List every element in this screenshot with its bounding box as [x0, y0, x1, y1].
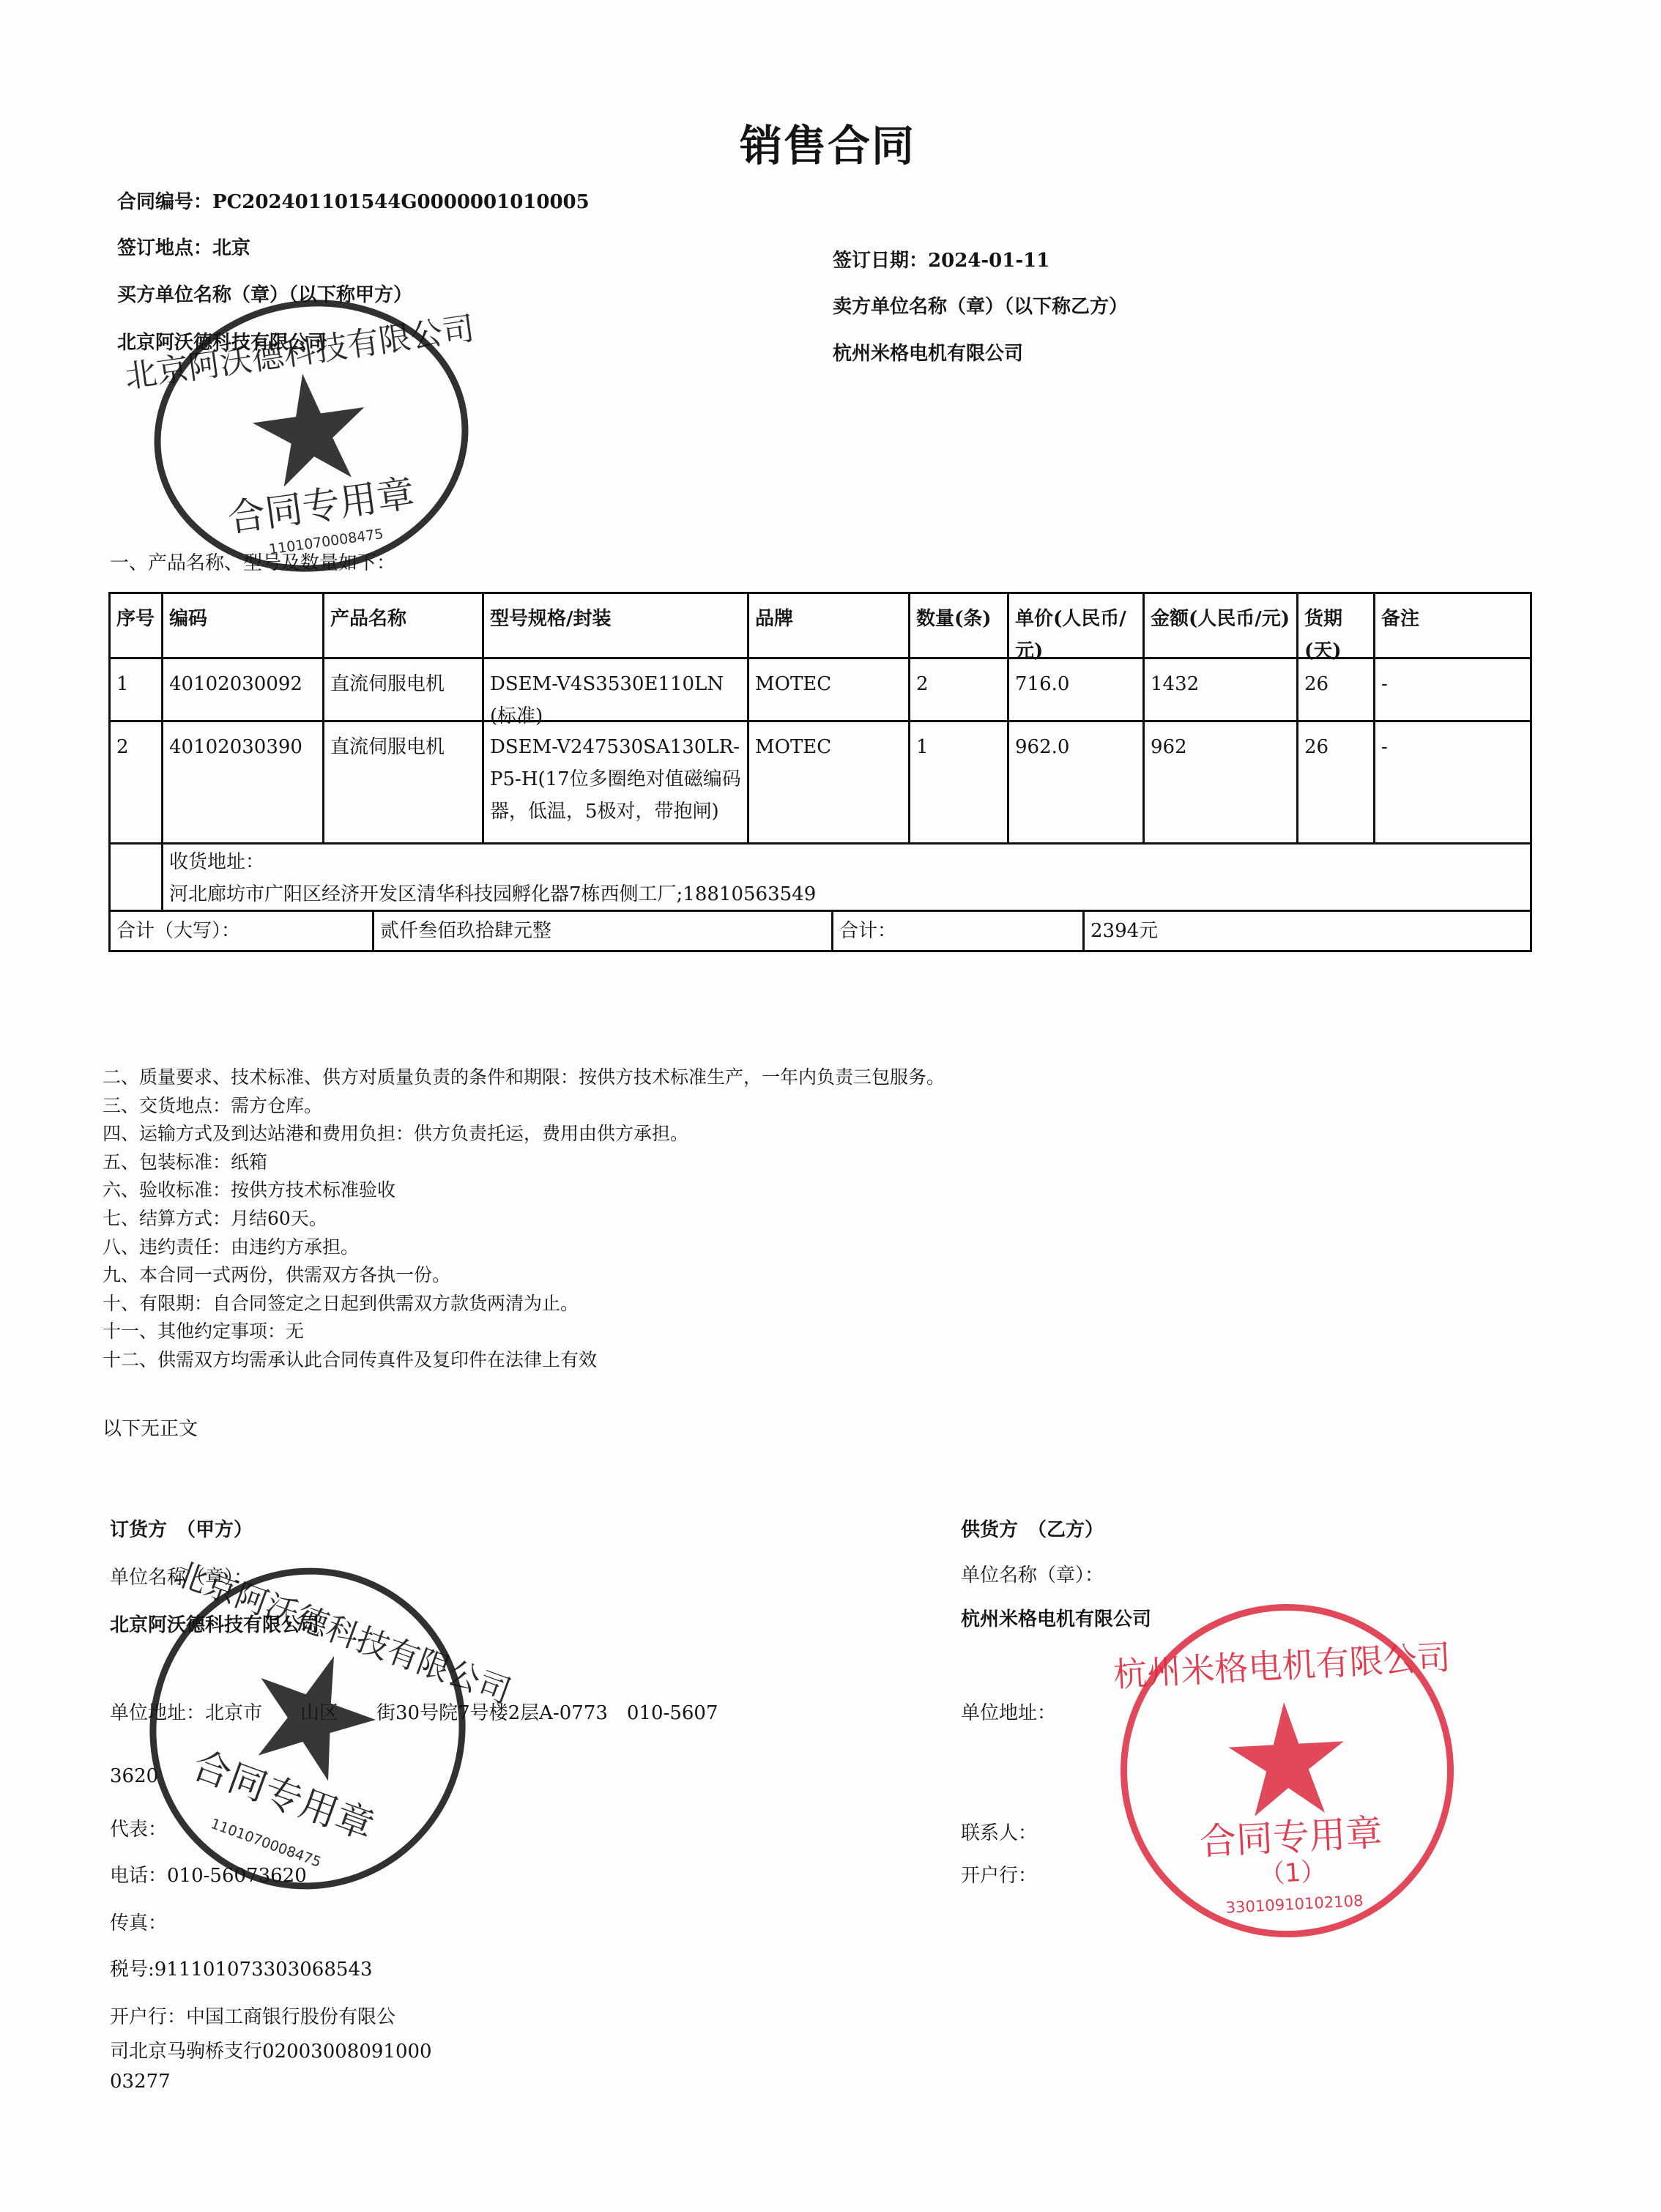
party-a-name-label: 单位名称（章）： [110, 1562, 253, 1589]
party-a-address-cont: 3620 [110, 1765, 158, 1787]
header-model: 型号规格/封装 [484, 594, 749, 657]
header-code: 编码 [163, 594, 324, 657]
contract-number-value: PC202401101544G0000001010005 [212, 191, 590, 213]
clauses-list: 二、质量要求、技术标准、供方对质量负责的条件和期限：按供方技术标准生产，一年内负… [103, 1064, 945, 1375]
buyer-name: 北京阿沃德科技有限公司 [117, 327, 327, 355]
cell-remarks: - [1375, 659, 1530, 720]
party-a-tax-value: 91110107330306854​3 [155, 1959, 373, 1981]
party-a-tax: 税号:91110107330306854​3 [110, 1954, 373, 1981]
document-title: 销售合同 [740, 111, 915, 173]
svg-text:合同专用章: 合同专用章 [225, 472, 417, 541]
clause-5: 五、包装标准：纸箱 [103, 1148, 945, 1177]
party-b-name: 杭州米格电机有限公司 [961, 1604, 1151, 1631]
cell-model: DSEM-V4S3530E110LN(标准) [484, 659, 749, 720]
seller-company-seal: 合同专用章 （1） 杭州米格电机有限公司 3301091010210​8 [1112, 1595, 1462, 1945]
party-a-tax-label: 税号: [110, 1959, 155, 1981]
cell-amount: 1432 [1145, 659, 1298, 720]
table-header-row: 序号 编码 产品名称 型号规格/封装 品牌 数量(条) 单价(人民币/元) 金额… [111, 594, 1530, 659]
table-row: 2 40102030390 直流伺服电机 DSEM-V247530SA130LR… [111, 722, 1530, 845]
totals-row: 合计（大写）： 贰仟叁佰玖拾肆元整 合计： 2394元 [111, 912, 1530, 950]
seller-label: 卖方单位名称（章）（以下称乙方） [833, 292, 1128, 319]
cell-remarks: - [1375, 722, 1530, 842]
party-a-phone-label: 电话： [110, 1865, 167, 1887]
party-a-address: 单位地址：北京市 山区 街30号院7号楼2层A-0773 010-5607 [110, 1698, 718, 1725]
delivery-address-cell: 收货地址： 河北廊坊市广阳区经济开发区清华科技园孵化器7栋西侧工厂;188105… [163, 845, 1530, 910]
clause-7: 七、结算方式：月结60天。 [103, 1205, 945, 1233]
cell-product-name: 直流伺服电机 [324, 722, 484, 842]
clause-8: 八、违约责任：由违约方承担。 [103, 1233, 945, 1262]
clause-12: 十二、供需双方均需承认此合同传真件及复印件在法律上有效 [103, 1346, 945, 1375]
clause-11: 十一、其他约定事项：无 [103, 1318, 945, 1346]
svg-text:（1）: （1） [1259, 1857, 1327, 1890]
product-table: 序号 编码 产品名称 型号规格/封装 品牌 数量(条) 单价(人民币/元) 金额… [108, 592, 1532, 952]
party-a-bank-line2: 司北京马驹桥支行02003008091000 [110, 2036, 432, 2063]
party-a-phone-value: 010-56073620 [167, 1865, 307, 1887]
party-a-address-value: 北京市 山区 街30号院7号楼2层A-0773 010-5607 [205, 1702, 718, 1724]
party-a-bank-line3: 03277 [110, 2071, 171, 2093]
cell-code: 40102030092 [163, 659, 324, 720]
party-a-heading: 订货方 （甲方） [110, 1515, 253, 1542]
contract-number-label: 合同编号： [117, 191, 212, 213]
clause-4: 四、运输方式及到达站港和费用负担：供方负责托运，费用由供方承担。 [103, 1120, 945, 1148]
address-spacer [111, 845, 163, 910]
party-a-bank-label: 开户行： [110, 2006, 186, 2028]
header-amount: 金额(人民币/元) [1145, 594, 1298, 657]
cell-brand: MOTEC [749, 722, 910, 842]
cell-model: DSEM-V247530SA130LR-P5-H(17位多圈绝对值磁编码器，低温… [484, 722, 749, 842]
cell-brand: MOTEC [749, 659, 910, 720]
cell-quantity: 1 [910, 722, 1009, 842]
sign-date-value: 2024-01-11 [928, 250, 1049, 272]
svg-text:3301091010210​8: 3301091010210​8 [1225, 1891, 1364, 1917]
cell-lead-time: 26 [1298, 659, 1375, 720]
clause-3: 三、交货地点：需方仓库。 [103, 1092, 945, 1121]
party-b-heading: 供货方 （乙方） [961, 1515, 1104, 1542]
cell-seq: 2 [111, 722, 163, 842]
sign-date: 签订日期：2024-01-11 [833, 245, 1049, 272]
svg-text:合同专用章: 合同专用章 [1199, 1811, 1383, 1863]
cell-lead-time: 26 [1298, 722, 1375, 842]
party-a-bank-line1: 开户行：中国工商银行股份有限公 [110, 2002, 395, 2029]
party-a-name: 北京阿沃德科技有限公司 [110, 1610, 319, 1637]
sign-date-label: 签订日期： [833, 250, 928, 272]
header-product-name: 产品名称 [324, 594, 484, 657]
buyer-label: 买方单位名称（章）（以下称甲方） [117, 280, 412, 307]
party-b-name-label: 单位名称（章）： [961, 1560, 1104, 1587]
contract-number: 合同编号：PC202401101544G0000001010005 [117, 187, 590, 214]
section1-heading: 一、产品名称、型号及数量如下： [110, 548, 395, 575]
cell-quantity: 2 [910, 659, 1009, 720]
total-upper-label: 合计（大写）： [111, 912, 374, 950]
header-remarks: 备注 [1375, 594, 1530, 657]
svg-text:合同专用章: 合同专用章 [187, 1743, 380, 1849]
party-b-contact-label: 联系人： [961, 1818, 1037, 1845]
delivery-address: 河北廊坊市广阳区经济开发区清华科技园孵化器7栋西侧工厂;18810563549 [169, 878, 1524, 910]
sign-place: 签订地点：北京 [117, 233, 250, 260]
clause-10: 十、有限期：自合同签定之日起到供需双方款货两清为止。 [103, 1290, 945, 1318]
cell-seq: 1 [111, 659, 163, 720]
sign-place-value: 北京 [212, 237, 250, 259]
cell-amount: 962 [1145, 722, 1298, 842]
header-unit-price: 单价(人民币/元) [1009, 594, 1145, 657]
total-value: 2394元 [1085, 912, 1530, 950]
party-b-bank-label: 开户行： [961, 1860, 1037, 1888]
svg-text:杭州米格电机有限公司: 杭州米格电机有限公司 [1112, 1637, 1452, 1694]
party-a-fax-label: 传真： [110, 1908, 167, 1935]
total-upper-value: 贰仟叁佰玖拾肆元整 [374, 912, 833, 950]
cell-product-name: 直流伺服电机 [324, 659, 484, 720]
total-label: 合计： [833, 912, 1085, 950]
header-brand: 品牌 [749, 594, 910, 657]
delivery-address-label: 收货地址： [169, 846, 1524, 878]
cell-code: 40102030390 [163, 722, 324, 842]
end-note: 以下无正文 [103, 1414, 198, 1441]
seller-name: 杭州米格电机有限公司 [833, 338, 1023, 365]
header-lead-time: 货期(天) [1298, 594, 1375, 657]
cell-unit-price: 716.0 [1009, 659, 1145, 720]
header-seq: 序号 [111, 594, 163, 657]
cell-unit-price: 962.0 [1009, 722, 1145, 842]
party-a-bank-value: 中国工商银行股份有限公 [186, 2006, 395, 2028]
delivery-address-row: 收货地址： 河北廊坊市广阳区经济开发区清华科技园孵化器7栋西侧工厂;188105… [111, 845, 1530, 912]
clause-2: 二、质量要求、技术标准、供方对质量负责的条件和期限：按供方技术标准生产，一年内负… [103, 1064, 945, 1092]
clause-6: 六、验收标准：按供方技术标准验收 [103, 1176, 945, 1205]
sign-place-label: 签订地点： [117, 237, 212, 259]
party-a-phone: 电话：010-56073620 [110, 1860, 307, 1888]
table-row: 1 40102030092 直流伺服电机 DSEM-V4S3530E110LN(… [111, 659, 1530, 722]
clause-9: 九、本合同一式两份，供需双方各执一份。 [103, 1261, 945, 1290]
party-a-rep-label: 代表： [110, 1814, 167, 1841]
party-b-address-label: 单位地址： [961, 1698, 1056, 1725]
seal-star-icon: 合同专用章 （1） 杭州米格电机有限公司 3301091010210​8 [1119, 1603, 1455, 1939]
party-a-address-label: 单位地址： [110, 1702, 205, 1724]
buyer-company-seal-top: 合同专用章 北京阿沃德科技有限公司 1101070008475 [136, 280, 486, 592]
header-quantity: 数量(条) [910, 594, 1009, 657]
